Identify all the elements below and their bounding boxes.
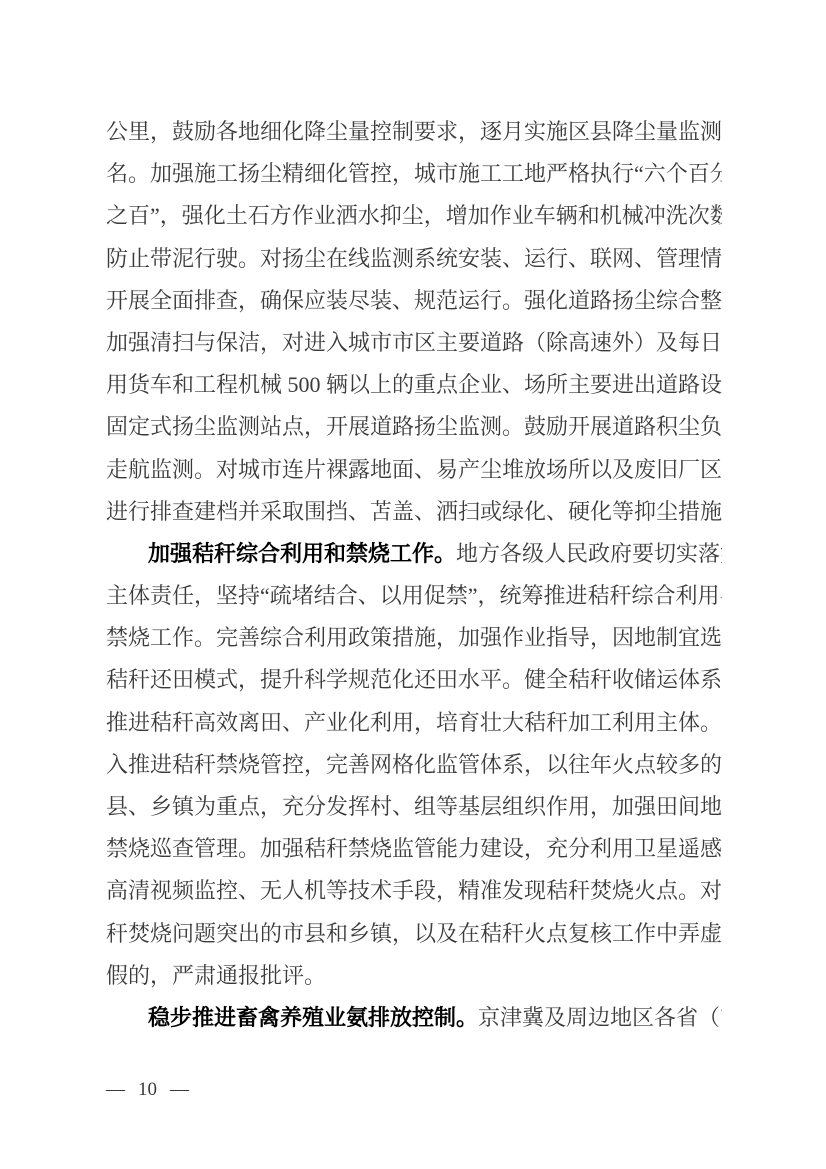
text-line: 开展全面排查，确保应装尽装、规范运行。强化道路扬尘综合整治，	[106, 280, 722, 322]
text-line: 入推进秸秆禁烧管控，完善网格化监管体系，以往年火点较多的市	[106, 744, 722, 786]
text-line: 公里，鼓励各地细化降尘量控制要求，逐月实施区县降尘量监测排	[106, 111, 722, 153]
text-line: 高清视频监控、无人机等技术手段，精准发现秸秆焚烧火点。对秸	[106, 870, 722, 912]
text-line: 用货车和工程机械 500 辆以上的重点企业、场所主要进出道路设置	[106, 364, 722, 406]
text-run: 京津冀及周边地区各省（市）	[478, 1005, 722, 1030]
footer-right-dash: —	[170, 1079, 189, 1101]
text-line: 加强清扫与保洁，对进入城市市区主要道路（除高速外）及每日使	[106, 322, 722, 364]
footer-left-dash: —	[106, 1079, 125, 1101]
text-line: 主体责任，坚持“疏堵结合、以用促禁”，统筹推进秸秆综合利用与	[106, 575, 722, 617]
text-line: 防止带泥行驶。对扬尘在线监测系统安装、运行、联网、管理情况	[106, 238, 722, 280]
document-body: 公里，鼓励各地细化降尘量控制要求，逐月实施区县降尘量监测排 名。加强施工扬尘精细…	[106, 111, 722, 1039]
text-line: 假的，严肃通报批评。	[106, 955, 722, 997]
paragraph-heading-line: 稳步推进畜禽养殖业氨排放控制。京津冀及周边地区各省（市）	[106, 997, 722, 1039]
text-line: 县、乡镇为重点，充分发挥村、组等基层组织作用，加强田间地头	[106, 786, 722, 828]
paragraph-bold-lead: 加强秸秆综合利用和禁烧工作。	[148, 541, 456, 566]
document-page: 公里，鼓励各地细化降尘量控制要求，逐月实施区县降尘量监测排 名。加强施工扬尘精细…	[0, 0, 826, 1169]
text-run: 地方各级人民政府要切实落实	[456, 541, 722, 566]
text-line: 之百”，强化土石方作业洒水抑尘，增加作业车辆和机械冲洗次数，	[106, 195, 722, 237]
text-line: 固定式扬尘监测站点，开展道路扬尘监测。鼓励开展道路积尘负荷	[106, 406, 722, 448]
paragraph-bold-lead: 稳步推进畜禽养殖业氨排放控制。	[148, 1005, 478, 1030]
text-line: 进行排查建档并采取围挡、苫盖、洒扫或绿化、硬化等抑尘措施。	[106, 491, 722, 533]
text-line: 禁烧巡查管理。加强秸秆禁烧监管能力建设，充分利用卫星遥感、	[106, 828, 722, 870]
text-line: 秆焚烧问题突出的市县和乡镇，以及在秸秆火点复核工作中弄虚作	[106, 913, 722, 955]
text-line: 走航监测。对城市连片裸露地面、易产尘堆放场所以及废旧厂区等	[106, 449, 722, 491]
page-number: 10	[138, 1079, 157, 1101]
text-line: 名。加强施工扬尘精细化管控，城市施工工地严格执行“六个百分	[106, 153, 722, 195]
paragraph-heading-line: 加强秸秆综合利用和禁烧工作。地方各级人民政府要切实落实	[106, 533, 722, 575]
text-line: 秸秆还田模式，提升科学规范化还田水平。健全秸秆收储运体系，	[106, 659, 722, 701]
text-line: 推进秸秆高效离田、产业化利用，培育壮大秸秆加工利用主体。深	[106, 702, 722, 744]
text-line: 禁烧工作。完善综合利用政策措施，加强作业指导，因地制宜选择	[106, 617, 722, 659]
page-footer: — 10 —	[106, 1079, 189, 1101]
